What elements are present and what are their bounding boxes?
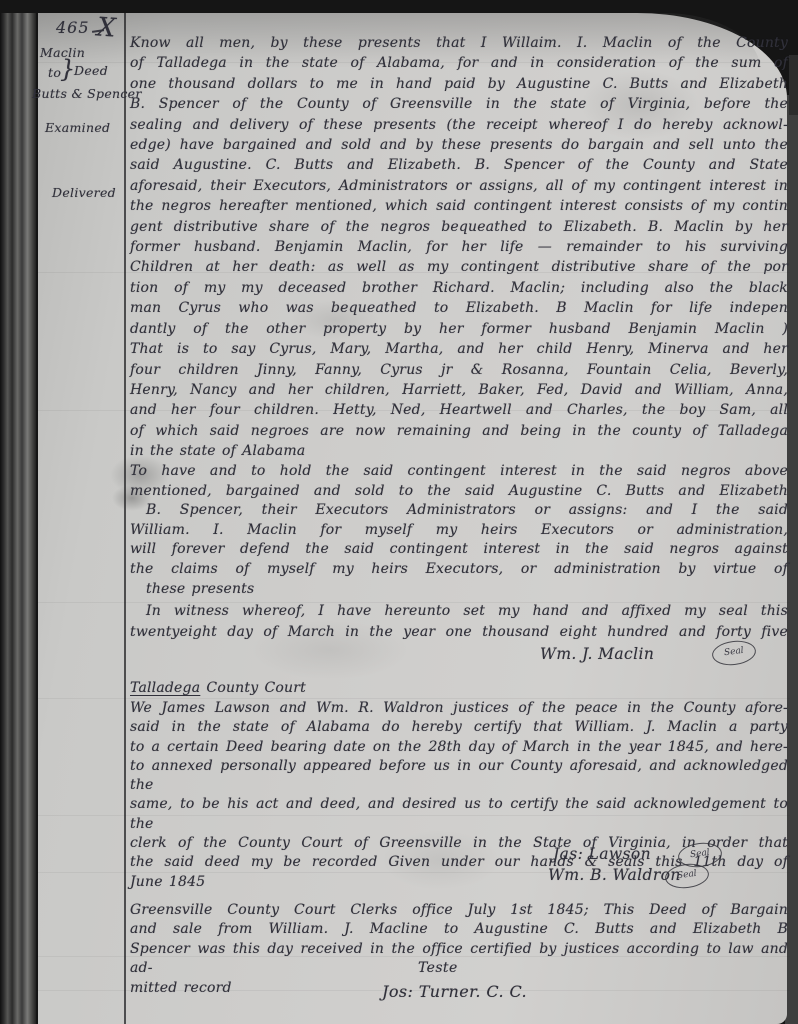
habendum-line: will forever defend the said contingent … [130, 540, 788, 560]
habendum-line: William. I. Maclin for myself my heirs E… [130, 521, 788, 541]
photo-backdrop-corner [789, 55, 798, 115]
certification-heading: Talladega County Court [130, 677, 788, 696]
margin-brace: } [60, 55, 75, 83]
page-number: 465 [56, 18, 90, 37]
margin-delivered: Delivered [52, 185, 116, 200]
deed-line: That is to say Cyrus, Mary, Martha, and … [130, 339, 788, 359]
certification-heading-county: Talladega [130, 680, 200, 696]
deed-line: Henry, Nancy and her children, Harriett,… [130, 380, 788, 400]
margin-grantees: Butts & Spencer [32, 86, 142, 101]
witness-paragraph: In witness whereof, I have hereunto set … [130, 601, 788, 642]
grantor-signature: Wm. J. Maclin [540, 645, 654, 663]
deed-line: of which said negroes are now remaining … [130, 421, 788, 441]
deed-line: in the state of Alabama [130, 441, 788, 461]
deed-line: edge) have bargained and sold and by the… [130, 135, 788, 155]
clerk-note-line: Greensville County Court Clerks office J… [130, 901, 788, 920]
witness-line: In witness whereof, I have hereunto set … [130, 601, 788, 622]
certification-line: We James Lawson and Wm. R. Waldron justi… [130, 699, 788, 718]
deed-line: former husband. Benjamin Maclin, for her… [130, 237, 788, 257]
deed-line: gent distributive share of the negros be… [130, 217, 788, 237]
deed-line: the negros hereafter mentioned, which sa… [130, 196, 788, 216]
deed-line: Know all men, by these presents that I W… [130, 33, 788, 53]
deed-body-paragraph: Know all men, by these presents that I W… [130, 33, 788, 462]
clerk-signature: Jos: Turner. C. C. [382, 982, 527, 1001]
clerk-note-line: Spencer was this day received in the off… [130, 940, 788, 979]
habendum-paragraph: To have and to hold the said contingent … [130, 462, 788, 599]
deed-line: one thousand dollars to me in hand paid … [130, 74, 788, 94]
deed-line: aforesaid, their Executors, Administrato… [130, 176, 788, 196]
deed-line: man Cyrus who was bequeathed to Elizabet… [130, 298, 788, 318]
habendum-line: To have and to hold the said contingent … [130, 462, 788, 482]
deed-line: four children Jinny, Fanny, Cyrus jr & R… [130, 360, 788, 380]
teste-label: Teste [418, 960, 458, 976]
justice-signature-waldron: Wm. B. Waldron [548, 866, 681, 884]
deed-line: and her four children. Hetty, Ned, Heart… [130, 400, 788, 420]
certification-line: said in the state of Alabama do hereby c… [130, 718, 788, 737]
habendum-line: B. Spencer, their Executors Administrato… [130, 501, 788, 521]
scanned-deed-page: { "colors": { "paper": "#cecdcb", "ink":… [0, 0, 798, 1024]
certification-heading-rest: County Court [200, 680, 306, 696]
margin-instrument: Deed [74, 63, 108, 78]
clerk-note-line: and sale from William. J. Macline to Aug… [130, 920, 788, 939]
habendum-line: the claims of myself my heirs Executors,… [130, 560, 788, 580]
deed-line: B. Spencer of the County of Greensville … [130, 94, 788, 114]
deed-line: Children at her death: as well as my con… [130, 257, 788, 277]
check-mark: X [96, 12, 117, 43]
justice-signature-lawson: Jas: Lawson [553, 845, 651, 863]
deed-line: sealing and delivery of these presents (… [130, 115, 788, 135]
deed-line: of Talladega in the state of Alabama, fo… [130, 53, 788, 73]
deed-line: dantly of the other property by her form… [130, 319, 788, 339]
margin-examined: Examined [45, 120, 110, 135]
witness-line: twentyeight day of March in the year one… [130, 622, 788, 643]
deed-line: said Augustine. C. Butts and Elizabeth. … [130, 155, 788, 175]
certification-line: to a certain Deed bearing date on the 28… [130, 738, 788, 757]
certification-line: to annexed personally appeared before us… [130, 757, 788, 796]
deed-line: tion of my my deceased brother Richard. … [130, 278, 788, 298]
habendum-line: these presents [130, 580, 788, 600]
book-binding [0, 13, 38, 1024]
certification-line: same, to be his act and deed, and desire… [130, 795, 788, 834]
habendum-line: mentioned, bargained and sold to the sai… [130, 482, 788, 502]
